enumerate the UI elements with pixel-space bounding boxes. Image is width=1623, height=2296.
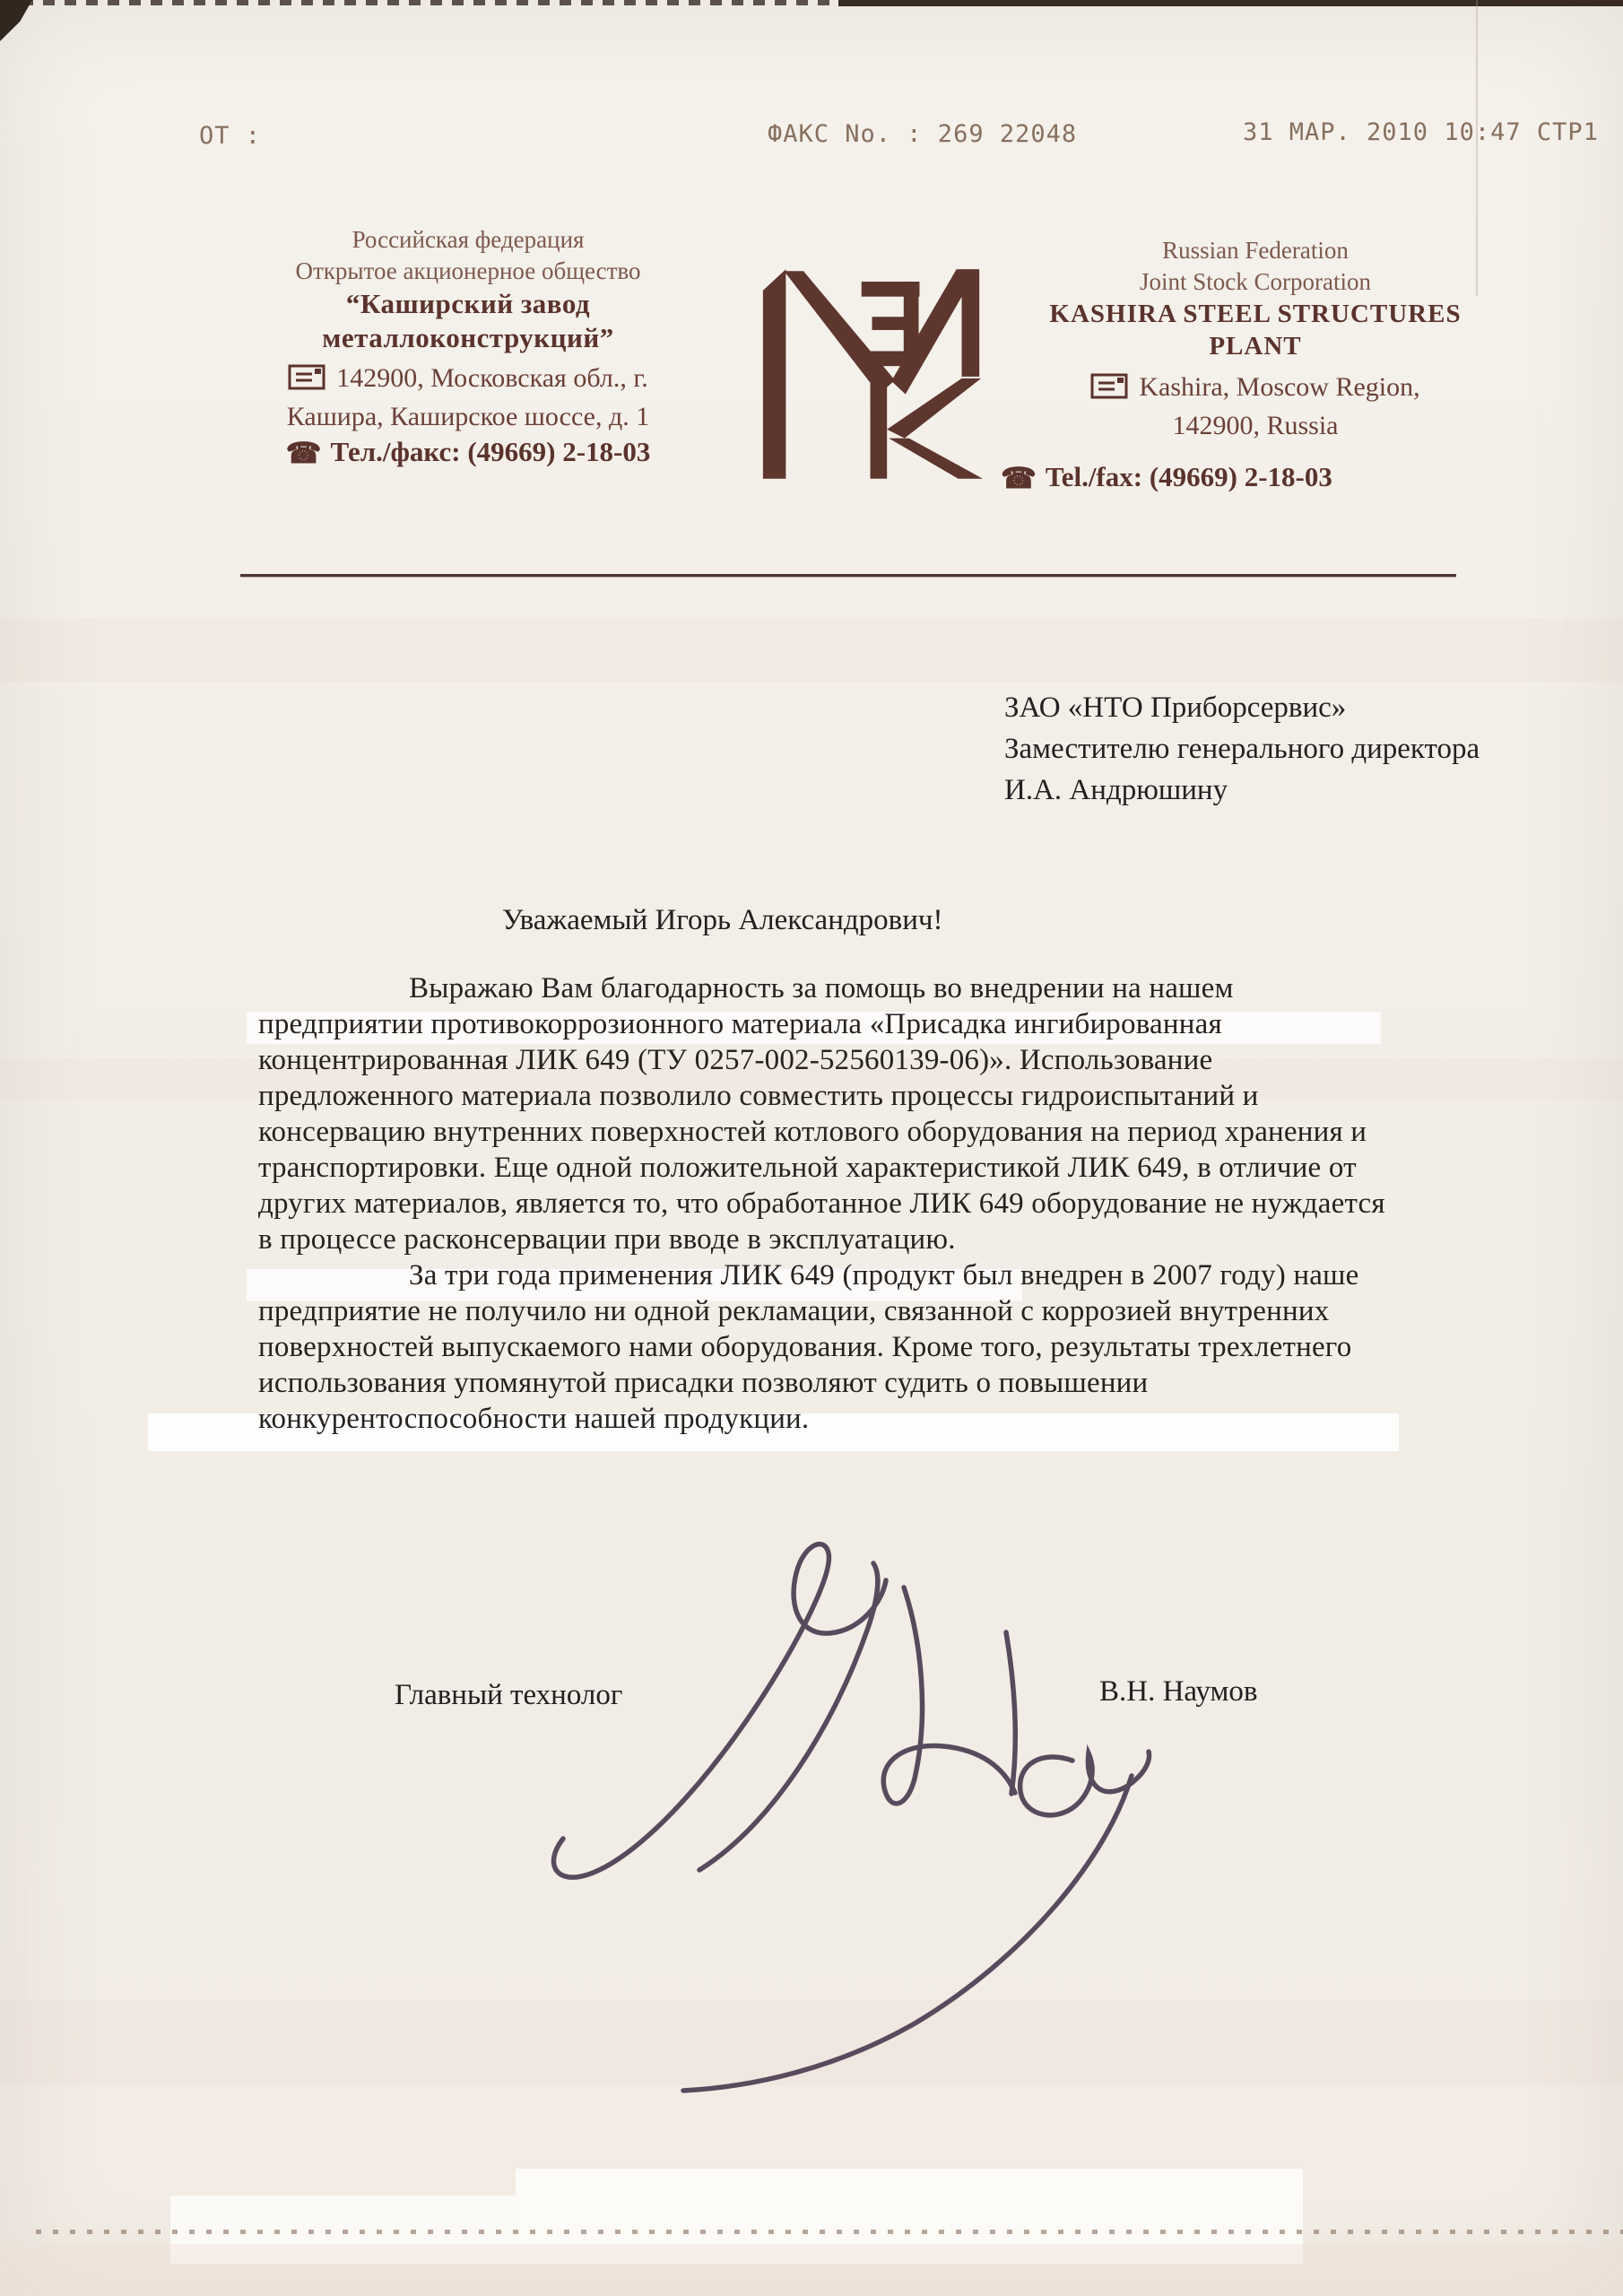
phone-icon: ☎ [286,437,322,469]
addressee-name: И.А. Андрюшину [1004,770,1578,811]
letterhead-company-en-line1: KASHIRA STEEL STRUCTURES [995,298,1515,330]
addressee-block: ЗАО «НТО Приборсервис» Заместителю генер… [1004,687,1578,811]
letterhead-company-en-line2: PLANT [995,330,1515,362]
handwritten-signature [538,1484,1166,2112]
company-logo [758,262,986,486]
top-left-corner-mark [0,0,32,41]
fax-datetime: 31 МАР. 2010 10:47 СТР1 [1243,118,1599,146]
letterhead-address-en-line2: 142900, Russia [995,408,1515,443]
addressee-position: Заместителю генерального директора [1004,728,1578,770]
phone-icon: ☎ [1001,462,1037,494]
letterhead-phone-en: Tel./fax: (49669) 2-18-03 [1046,461,1332,492]
letterhead-address-ru-line2: Кашира, Каширское шоссе, д. 1 [204,399,732,434]
letterhead-company-ru-line2: металлоконструкций” [204,321,732,355]
fax-number: ФАКС No. : 269 22048 [768,120,1077,148]
body-paragraph-2: За три года применения ЛИК 649 (продукт … [258,1257,1390,1437]
letterhead-country-en: Russian Federation [995,235,1515,266]
fax-letter-page: ОТ : ФАКС No. : 269 22048 31 МАР. 2010 1… [0,0,1623,2296]
torn-top-edge-dark-segment [838,0,1623,6]
letterhead-divider-rule [240,574,1456,577]
fax-from-label: ОТ : [199,122,261,150]
letterhead-address-ru-line1: 142900, Московская обл., г. [336,363,648,393]
letter-body: Выражаю Вам благодарность за помощь во в… [258,970,1390,1437]
letterhead-address-en-line1: Kashira, Moscow Region, [1139,372,1419,402]
addressee-company: ЗАО «НТО Приборсервис» [1004,687,1578,728]
envelope-icon [1090,372,1128,408]
letterhead-orgtype-en: Joint Stock Corporation [995,266,1515,298]
bottom-tint-strip [0,2244,1623,2296]
letterhead-orgtype-ru: Открытое акционерное общество [204,256,732,287]
envelope-icon [288,363,325,399]
letterhead-english: Russian Federation Joint Stock Corporati… [995,235,1515,495]
company-logo-monogram-mzk [758,262,986,486]
letterhead-country-ru: Российская федерация [204,224,732,256]
letterhead-russian: Российская федерация Открытое акционерно… [204,224,732,470]
body-paragraph-1: Выражаю Вам благодарность за помощь во в… [258,970,1390,1257]
letterhead-phone-ru: Тел./факс: (49669) 2-18-03 [330,436,650,467]
scan-tint-band [0,619,1623,682]
letterhead-company-ru-line1: “Каширский завод [204,287,732,321]
salutation: Уважаемый Игорь Александрович! [502,904,942,937]
bottom-perforation-dots [36,2230,1623,2234]
